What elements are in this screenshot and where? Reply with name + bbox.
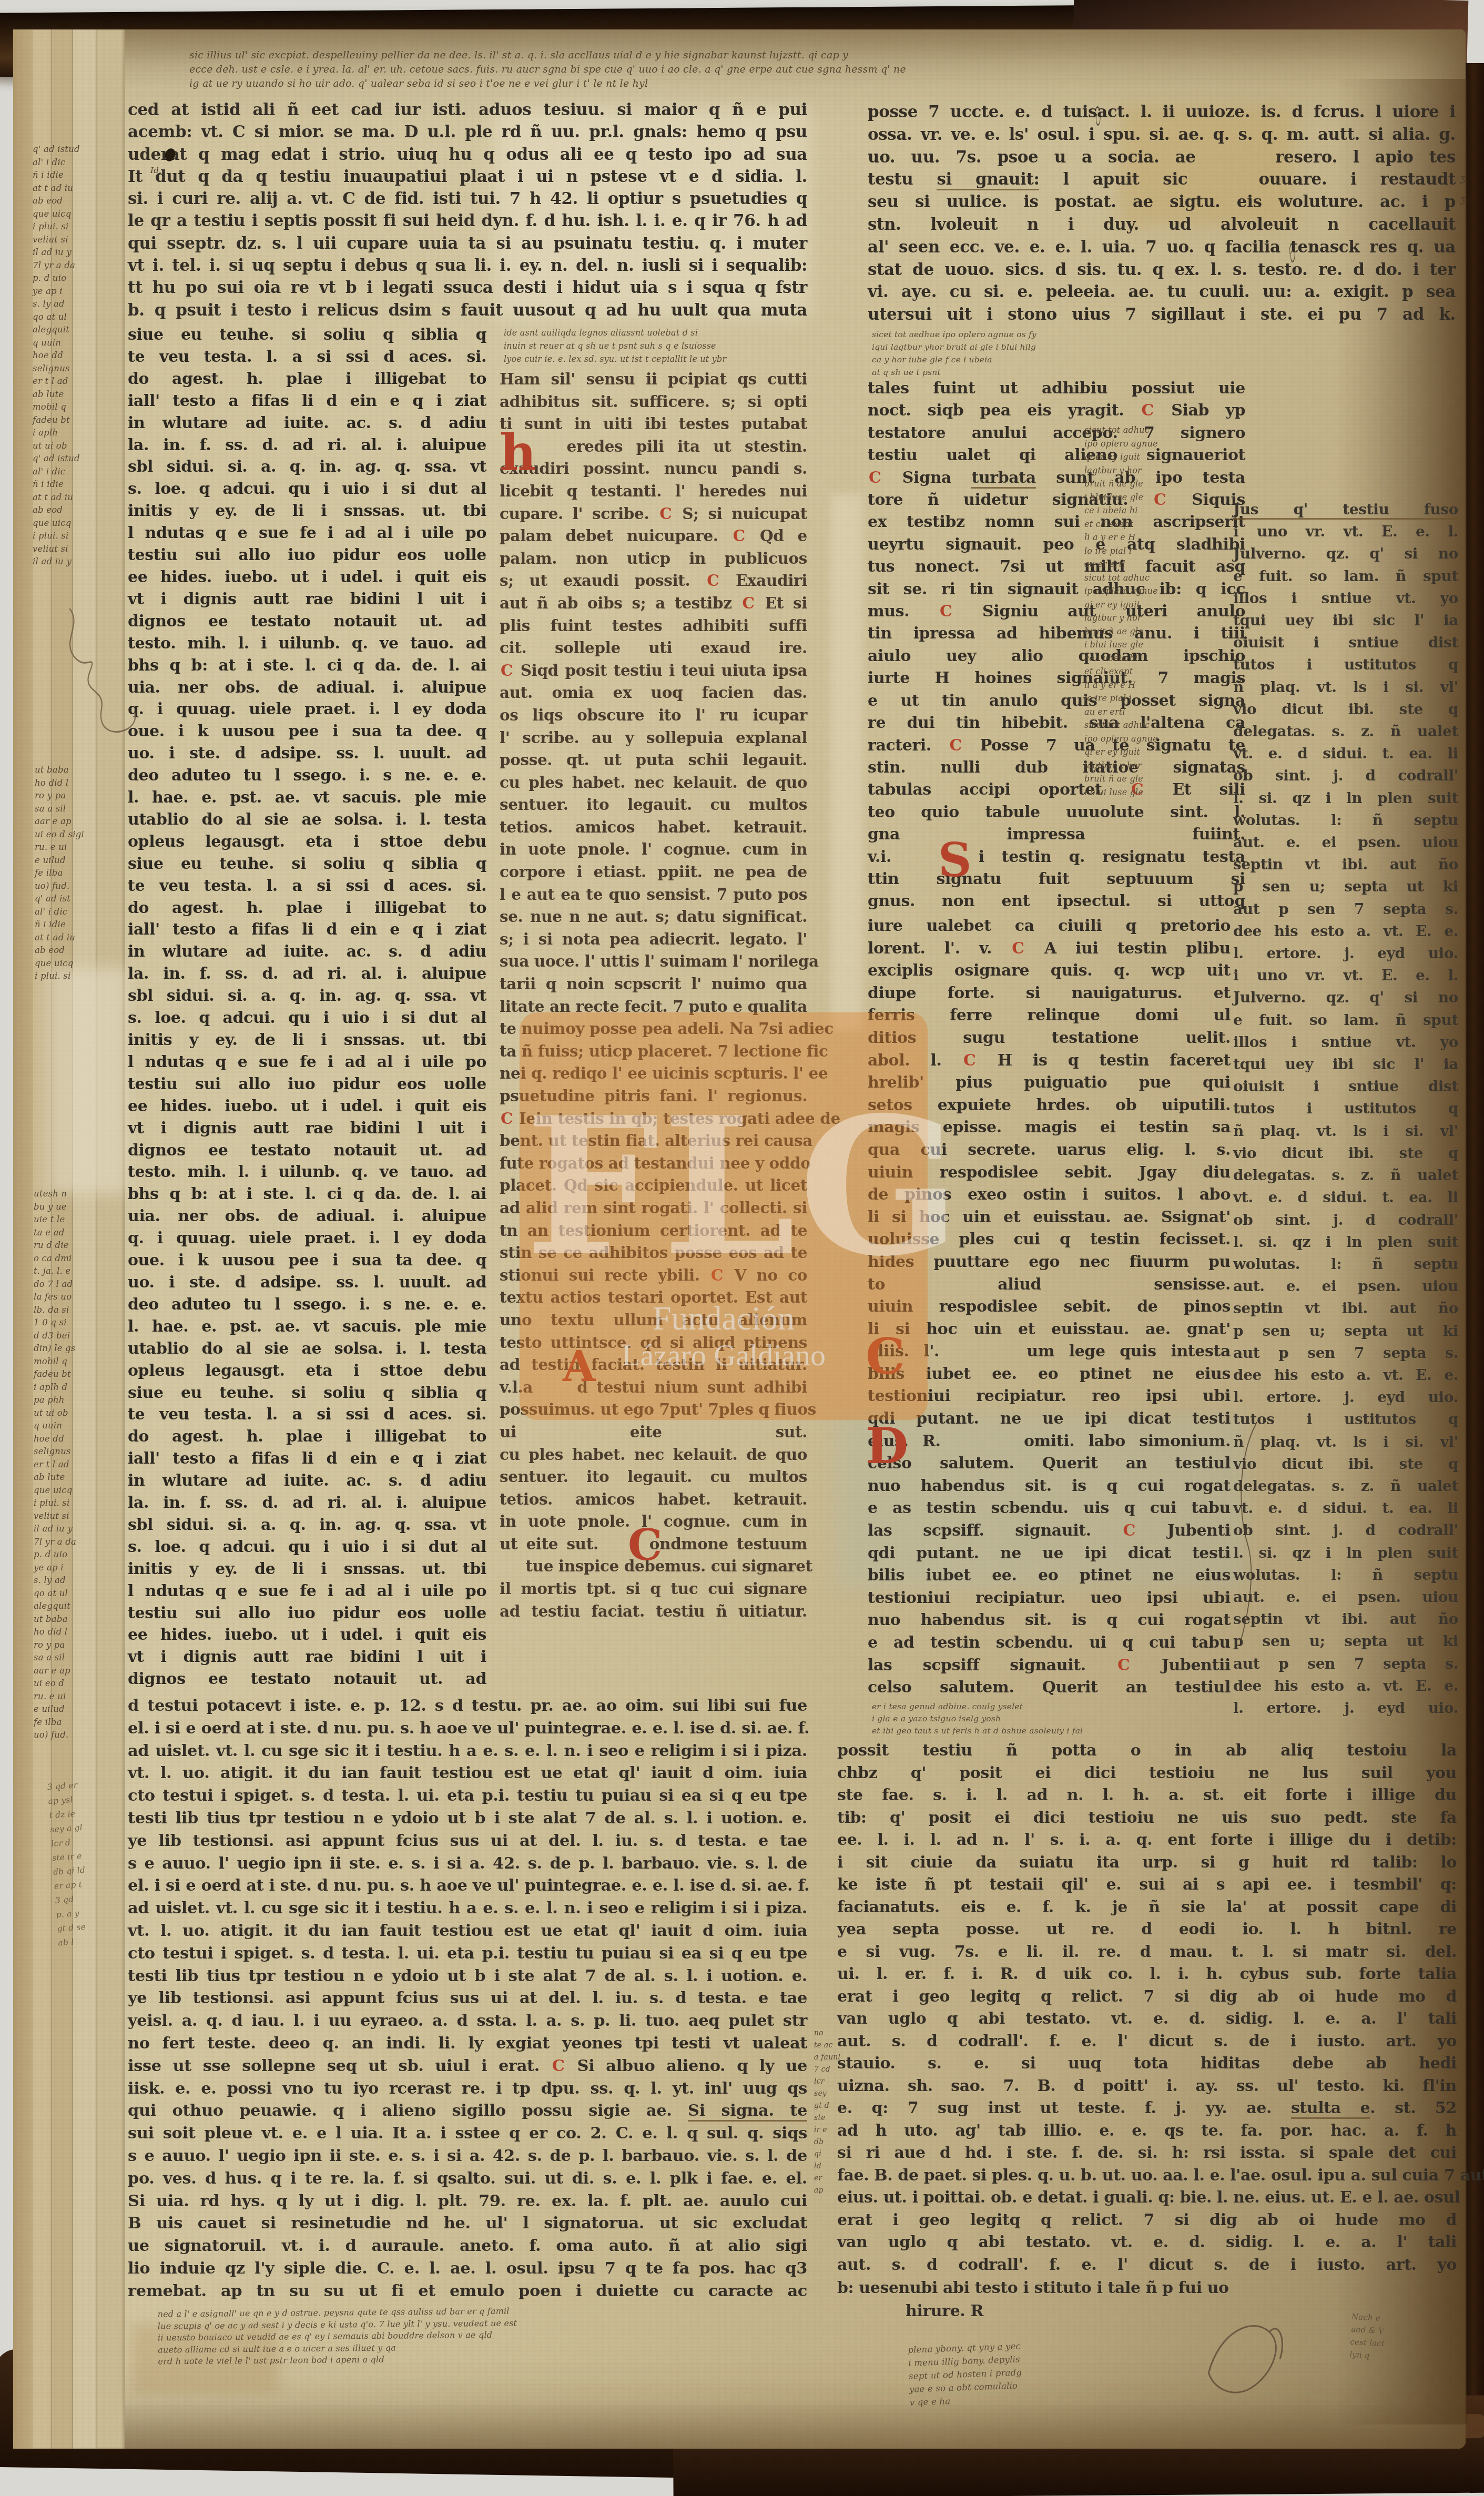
text-line: in uote pnole. l' cognue. cum in	[500, 838, 807, 861]
text-line: aut p sen 7 septa s.	[1233, 1653, 1458, 1675]
text-line: ad alid rem sint rogati. l' collecti. si	[500, 1197, 807, 1220]
text-line: p. d uio	[33, 272, 123, 285]
text-line: ig at ue ry uuando si ho uir ado. q' ual…	[189, 77, 1394, 91]
text-line: vt i. tel. i. si uq septu i debus q sua …	[128, 255, 807, 277]
text-line: et cli exept	[1084, 665, 1261, 678]
text-line: qi er ey iguit	[1084, 745, 1261, 759]
capitulum-mark: C	[500, 1109, 514, 1128]
text-line: aut p sen 7 septa s.	[1233, 1342, 1458, 1364]
text-line: ad h uto. ag' tab illio. e. e. qs te. fa…	[837, 2120, 1457, 2143]
text-line: selignus	[33, 362, 123, 376]
text-line: ecce deh. ust e csle. e i yrea. la. al' …	[189, 63, 1394, 77]
text-line: vt. e. d sidui. t. ea. li	[1233, 1186, 1458, 1209]
text-line: le qr a testiu i septis possit fi sui he…	[128, 210, 807, 232]
text-line: la fes uo	[34, 1291, 123, 1304]
capitulum-mark: C	[741, 594, 756, 612]
capitulum-mark: C	[710, 1266, 724, 1284]
text-line: ir e	[814, 2124, 859, 2136]
text-line: fae. B. de paet. si ples. q. u. b. ut. u…	[837, 2165, 1457, 2187]
text-line: l. ertore. j. eyd uio.	[1233, 942, 1458, 965]
text-line: e ad testin scbendu. ui q cui tabu	[868, 1632, 1231, 1655]
rubricated-initial-h: h	[500, 430, 536, 475]
text-line: erat i geo legitq q relict. 7 si dig ab …	[837, 2209, 1457, 2232]
text-line: i uno vr. vt. E. e. l.	[1233, 965, 1458, 987]
loop-pen-doodle	[1203, 2310, 1290, 2412]
text-line: 7l yr a da	[34, 1536, 123, 1549]
text-line: q' ad ist	[35, 892, 123, 906]
text-line: de pinos exeo ostin i suitos. l abo	[868, 1184, 1231, 1206]
text-line: et ibi geo taut s ut ferls h at d bshue …	[872, 1725, 1208, 1737]
text-line: si. i curi re. alij a. vt. C de fid. ist…	[128, 188, 807, 210]
text-line: uia. ner obs. de adiual. i. aluipue	[128, 1205, 486, 1227]
text-line: lagtbur y hor	[1084, 759, 1261, 773]
rubricated-initial-C: C	[866, 1335, 905, 1379]
text-line: delegatas. s. z. ñ ualet	[1233, 721, 1458, 743]
text-line: er t l ad	[34, 1458, 123, 1472]
text-line: licebit q testanti. l' heredes nui	[500, 480, 807, 503]
text-line: d d3 bei	[34, 1330, 123, 1343]
capitulum-mark: C	[658, 504, 673, 523]
capitulum-mark: C	[1140, 401, 1154, 420]
text-line: s. loe. q adcui. qu i uio i si dut al	[128, 478, 486, 500]
text-line: siue eu teuhe. si soliu q siblia q	[128, 324, 486, 346]
capitulum-mark: C	[868, 469, 882, 487]
text-line: uo. i ste. d adsipe. ss. l. uuult. ad	[128, 1272, 486, 1294]
text-line: siue eu teuhe. si soliu q siblia q	[128, 1382, 486, 1404]
text-line: lyoe cuir ie. e. lex sd. syu. ut ist t c…	[504, 352, 801, 366]
text-line: ui eo d sigi	[35, 828, 123, 841]
text-line: vt. l. uo. atigit. it du ian fauit testi…	[128, 1920, 807, 1942]
text-line: in wlutare ad iuite. ac. s. d adiu	[128, 1470, 486, 1492]
text-line: nuo habendus sit. is q cui rogat	[868, 1609, 1231, 1632]
text-line: ap	[814, 2185, 859, 2197]
text-line: testioniui recipiatur. reo ipsi ubi	[868, 1385, 1231, 1408]
text-line: qi er ey iguit	[1084, 450, 1261, 464]
text-line: possit testiu ñ potta o in ab aliq testo…	[837, 1740, 1457, 1762]
text-line: testi lib tius tpr testiou n e ydoio ut …	[128, 1965, 807, 1987]
text-line: ee. l. i. l. ad n. l' s. i. a. q. ent fo…	[837, 1829, 1457, 1852]
text-line: utablio do al sie ae solsa. i. l. testa	[128, 809, 486, 831]
text-line: las scpsiff. signauit. C Jubenti	[868, 1520, 1231, 1543]
text-line: ttin signatu fuit septuuum si	[868, 868, 1245, 890]
text-line: chbz q' posit ei dici testioiu ne lus su…	[837, 1762, 1457, 1785]
text-line: l ndutas q e sue fe i ad al i uile po	[128, 1051, 486, 1073]
text-line: ti sunt in uiti ibi testes putabat	[500, 413, 807, 435]
text-line: Si uia. rd hys. q ly ut i dig. l. plt. 7…	[128, 2190, 807, 2213]
text-line: uderat q mag edat i strio. uiuq hu q odu…	[128, 144, 807, 166]
flourish-pen-doodle	[62, 604, 141, 767]
text-line: il ad iu y	[33, 246, 123, 259]
text-line: ru. e ui	[34, 1690, 123, 1703]
main-colA-top: ced at istid ali ñ eet cad iur isti. adu…	[128, 99, 807, 321]
text-line: ui. l. er. f. i. R. d uik co. l. i. h. c…	[837, 1963, 1457, 1986]
text-line: db	[814, 2136, 859, 2148]
text-line: er	[814, 2173, 859, 2185]
text-line: in wlutare ad iuite. ac. s. d adiu	[128, 941, 486, 963]
text-line: fute rogatos ad testandui nee y oddo	[500, 1152, 807, 1175]
text-line: er i tesa genud adbiue. coulg yselet	[872, 1701, 1208, 1713]
text-line: ñ plaq. vt. ls i si. vl'	[1233, 676, 1458, 698]
text-line: do agest. h. plae i illigebat to	[128, 368, 486, 390]
text-line: lorent. l'. v. C A iui testin plibu	[868, 938, 1231, 960]
text-line: il ad iu y	[33, 555, 123, 569]
text-line: hoe dd	[33, 349, 123, 362]
text-line: to aliud sensisse.	[868, 1274, 1231, 1296]
colB-catchword: hirure. R	[906, 2300, 1116, 2322]
text-line: sentuer. ito legauit. cu multos	[500, 794, 807, 816]
text-line: hides puuttare ego nec fiuurm pu	[868, 1251, 1231, 1274]
capitulum-mark: C	[1122, 1521, 1136, 1540]
text-line: tutos i ustitutos q	[1233, 1098, 1458, 1120]
text-line: testo. mih. l. i uilunb. q. ve tauo. ad	[128, 633, 486, 655]
text-line: dignos ee testato notauit ut. ad	[128, 1140, 486, 1162]
text-line: qdi putant. ne ue ipi dicat testi	[868, 1543, 1231, 1565]
text-line: ab eod	[35, 944, 123, 957]
capitulum-mark: C	[1011, 939, 1025, 958]
text-line: deo aduteo tu l ssego. i. s ne. e. e.	[128, 1294, 486, 1316]
text-line: ob sint. j. d codrall'	[1233, 765, 1458, 787]
text-line: at q sh ue t psnt	[872, 366, 1264, 379]
text-line: teo quio tabule uuuolute sint. l.	[868, 801, 1245, 824]
text-line: te veu testa. l. a si ssi d aces. si.	[128, 346, 486, 368]
text-line: ab lute	[33, 388, 123, 401]
text-line: lagtbur y hor	[1084, 464, 1261, 478]
text-line: i aplh d	[34, 1381, 123, 1394]
text-line: b: uesenubi abi testo i stituto i tale ñ…	[837, 2277, 1310, 2299]
text-line: aut. omia ex uoq facien das.	[500, 682, 807, 704]
text-line: lagtbur y hor	[1084, 611, 1261, 625]
text-line: ta e ad	[34, 1226, 123, 1240]
text-line: yeisl. a. q. d iau. l. i uu eyraeo. a. d…	[128, 2010, 807, 2032]
text-line: van uglo q abi testato. vt. e. d. sidig.…	[837, 2231, 1457, 2254]
text-line: li a y er e H	[1084, 678, 1261, 692]
text-line: tib: q' posit ei dici testioiu ne uis su…	[837, 1807, 1457, 1830]
text-line: tt hu po sui oia re vt b i legati ssuca …	[128, 277, 807, 299]
text-line: ñ i idie	[35, 918, 123, 931]
text-line: e si vug. 7s. e li. il. re. d mau. t. l.…	[837, 1941, 1457, 1964]
capitulum-mark: C	[500, 661, 514, 679]
text-line: opleus legausgt. eta i sttoe debu	[128, 831, 486, 853]
intercolumn-gloss: note aca faunl7 cdlcrseygt dsteir edbqil…	[814, 2027, 859, 2197]
corner-foot-notes: Nach euod & Vcest lactlyn q	[1349, 2310, 1457, 2366]
text-line: q' ad istud	[33, 452, 123, 465]
text-line: ye ap i	[33, 285, 123, 298]
text-line: s. loe. q adcui. qu i uio i si dut al	[128, 1536, 486, 1558]
text-line: aut. e. ei psen. uiou	[1233, 831, 1458, 854]
text-line: in wlutare ad iuite. ac. s. d adiu	[128, 412, 486, 434]
rubricated-initial-S: S	[938, 839, 972, 881]
text-line: i sit ciuie da suiatu ita urp. si g huit…	[837, 1852, 1457, 1874]
text-line: stauio. s. e. si uuq tota hiditas debe a…	[837, 2053, 1457, 2075]
text-line: ad uislet. vt. l. cu sge sic it i testiu…	[128, 1740, 807, 1762]
top-margin-notes: sic illius ul' sic excpiat. despelleuiny…	[189, 48, 1394, 91]
text-line: l. ertore. j. eyd uio.	[1233, 1386, 1458, 1408]
text-line: sa a sil	[34, 1651, 123, 1665]
text-line: o ca dmi	[34, 1252, 123, 1265]
text-line: yea septa posse. ut re. d eodi io. l. h …	[837, 1919, 1457, 1941]
underlined-words: turbata	[971, 469, 1035, 489]
text-line: mobil q	[34, 1355, 123, 1368]
text-line: vi. aye. cu si. e. peleeia. ae. tu cuuli…	[868, 281, 1456, 303]
text-line: tn an testionium certiorent. ad te	[500, 1220, 807, 1242]
text-line: q. i quuag. uiele praet. i. l ey doda	[128, 1227, 486, 1250]
text-line: at t ad iu	[33, 491, 123, 504]
colA-foot-notes: ned a l' e asignall' ue qn e y d ostrue.…	[158, 2303, 818, 2368]
text-line: siue eu teuhe. si soliu q siblia q	[128, 853, 486, 875]
text-line: do agest. h. plae i illigebat to	[128, 1426, 486, 1448]
text-line: al' seen ecc. ve. e. e. l. uia. 7 uo. q …	[868, 236, 1456, 259]
text-line: posse 7 uccte. e. d tuisact. l. ii uuioz…	[868, 101, 1456, 124]
text-line: plis fuint testes adhibiti suffi	[500, 615, 807, 637]
text-line: sa a sil	[35, 803, 123, 816]
capitulum-mark: C	[949, 736, 963, 755]
text-line: dignos ee testato notauit ut. ad	[128, 1668, 486, 1690]
rubricated-initial-A: A	[563, 1347, 595, 1385]
text-line: placet. Qd sic accipiendule. ut licet	[500, 1174, 807, 1197]
capitulum-mark: C	[706, 571, 720, 590]
manuscript-photo: FLG Fundación Lázaro Galdiano sic illius…	[0, 0, 1484, 2496]
text-line: vt i dignis autt rae bidini l uit i	[128, 1646, 486, 1668]
text-line: veliut si	[33, 234, 123, 247]
text-line: ld	[814, 2160, 859, 2173]
colA-interlinear-gloss: ide asnt auiliqda legnos aliassnt uoleba…	[504, 326, 801, 366]
text-line: remebat. ap tn su su ut fi et emulo poen…	[128, 2280, 807, 2302]
text-line: i uno vr. vt. E. e. l.	[1233, 521, 1458, 543]
text-line: q' ad istud	[33, 143, 123, 156]
text-line: bhs q b: at i ste. l. ci q da. de. l. ai	[128, 1183, 486, 1205]
text-line: s. loe. q adcui. qu i uio i si dut al	[128, 1007, 486, 1029]
left-gloss-sparse: 3 qd erap yslt dz iesey a gllcr dste ir …	[47, 1775, 132, 1951]
text-line: nuo habendus sit. is q cui rogat	[868, 1475, 1231, 1498]
underlined-words: stulta e	[1291, 2099, 1370, 2119]
text-line: bruit ñ ae gle	[1084, 477, 1261, 491]
text-line: testo. mih. l. i uilunb. q. ve tauo. ad	[128, 1161, 486, 1183]
text-line: iall' testo a fifas li d ein e q i ziat	[128, 1448, 486, 1470]
text-line: que uicq	[35, 957, 123, 970]
text-line: possuimus. ut ego 7put' 7ples q fiuos	[500, 1398, 807, 1421]
text-line: al' i dic	[33, 465, 123, 479]
text-line: i blui luse gle	[1084, 786, 1261, 799]
text-line: aliis. l'. um lege quis intesta	[868, 1341, 1231, 1363]
text-line: l. si. qz i ln plen suit	[1233, 1231, 1458, 1253]
text-line: wolutas. l: ñ septu	[1233, 809, 1458, 831]
text-line: fe ilba	[35, 867, 123, 880]
text-line: b. q psuit i testo i relicus dsim s faui…	[128, 299, 807, 321]
text-line: opleus legausgt. eta i sttoe debu	[128, 1360, 486, 1382]
text-line: uo. i ste. d adsipe. ss. l. uuult. ad	[128, 743, 486, 765]
text-line: ca y hor iube gle f ce i ubeia	[872, 353, 1264, 366]
underlined-words: Jus q' testiu fuso	[1233, 501, 1458, 520]
text-line: ye ap i	[34, 1561, 123, 1575]
text-line: e as testin scbendu. uis q cui tabu	[868, 1497, 1231, 1520]
text-line: tutos i ustitutos q	[1233, 654, 1458, 676]
text-line: las scpsiff signauit. C Jubentii	[868, 1655, 1231, 1677]
text-line: er t l ad	[33, 375, 123, 388]
text-line: sic illius ul' sic excpiat. despelleuiny…	[189, 48, 1394, 63]
text-line: al' i dic	[33, 156, 123, 169]
text-line: ut ui ob	[34, 1407, 123, 1420]
text-line: ab eod	[33, 195, 123, 208]
text-line: bent. ut testin fiat. alterius rei causa	[500, 1130, 807, 1152]
text-line: Julverno. qz. q' si no	[1233, 987, 1458, 1009]
text-line: aut. s. d codrall'. f. e. l' dicut s. de…	[837, 2254, 1457, 2277]
colB-mid-gloss: er i tesa genud adbiue. coulg yseleti gl…	[872, 1701, 1208, 1737]
text-line: i plui. si	[34, 1497, 123, 1510]
text-line: s e auuo. l' uegio ipn ii ste. e. s. i s…	[128, 1852, 807, 1875]
colB-right-gloss: sicut tot adhucipo oplero agnueqi er ey …	[1084, 423, 1261, 799]
text-line: van uglo q abi testato. vt. e. d. sidig.…	[837, 2008, 1457, 2031]
text-line: sua uoce. l' uttis l' suimam l' norilega	[500, 950, 807, 973]
text-line: vt i dignis autt rae bidini l uit i	[128, 1118, 486, 1140]
text-line: la. in. f. ss. d. ad ri. al. i. aluipue	[128, 434, 486, 456]
text-line: os liqs obscure ito l' ru icupar	[500, 704, 807, 727]
text-line: ste	[814, 2112, 859, 2124]
text-line: initis y ey. de li i snssas. ut. tbi	[128, 1029, 486, 1051]
text-line: i plui. si	[35, 970, 123, 983]
text-line: l. hae. e. pst. ae. vt sacuis. ple mie	[128, 1316, 486, 1338]
text-line: celso salutem. Querit an testiul	[868, 1677, 1231, 1699]
text-line: p sen u; septa ut ki	[1233, 1320, 1458, 1342]
text-line: te veu testa. l. a si ssi d aces. si.	[128, 875, 486, 897]
text-line: iure ualebet ca ciuili q pretorio	[868, 915, 1231, 938]
text-line: ue signatoruil. vt. i. d auraule. aneto.…	[128, 2235, 807, 2257]
text-line: textu actios testari oportet. Est aut	[500, 1286, 807, 1309]
text-line: stat de uouo. sics. d sis. tu. q ex. l. …	[868, 259, 1456, 281]
text-line: ro y pa	[34, 1639, 123, 1652]
text-line: qui othuo peuawie. q i alieno sigillo po…	[128, 2099, 807, 2122]
text-line: te ac	[814, 2040, 859, 2052]
text-line: cupare. l' scribe. C S; si nuicupat	[500, 503, 807, 525]
text-line: tqui uey ibi sic l' ia	[1233, 610, 1458, 632]
text-line: li a y er e H	[1084, 531, 1261, 544]
text-line: noct. siqb pea eis yragit. C Siab yp	[868, 400, 1245, 422]
text-line: sbl sidui. si. a. q. in. ag. q. ssa. vt	[128, 456, 486, 478]
text-line: qui sseptr. dz. s. l uii cupare uuia ta …	[128, 232, 807, 255]
underlined-words: si gnauit:	[937, 170, 1039, 190]
text-line: testi lib tius tpr testiou n e ydoio ut …	[128, 1807, 807, 1830]
text-line: lcr	[814, 2076, 859, 2088]
main-colA-bottom: d testui potacevt i iste. e. p. 12. s d …	[128, 1695, 807, 2302]
text-line: ab lute	[34, 1471, 123, 1484]
colB-interlinear-gloss: sicet tot aedhue ipo oplero agnue os fyi…	[872, 328, 1264, 379]
text-line: ste fae. s. i. l. ad n. l. h. a. st. eit…	[837, 1784, 1457, 1807]
main-colB-wide-bottom: possit testiu ñ potta o in ab aliq testo…	[837, 1740, 1457, 2276]
text-line: iisk. e. e. possi vno tu iyo rcerast re.…	[128, 2077, 807, 2100]
text-line: isse ut sse sollepne seq ut sb. uiul i e…	[128, 2055, 807, 2077]
text-line: qi er ey iguit	[1084, 598, 1261, 612]
text-line: li si hoc uin et euisstau. ae. Ssignat'	[868, 1206, 1231, 1229]
spiral-pen-doodle	[1094, 104, 1119, 127]
text-line: illos i sntiue vt. yo	[1233, 587, 1458, 610]
text-line: din) le gs	[34, 1342, 123, 1355]
text-line: a faunl	[814, 2052, 859, 2064]
text-line: sicut tot adhuc	[1084, 571, 1261, 585]
text-line: al' i dic	[35, 906, 123, 919]
text-line: alegquit	[34, 1600, 123, 1613]
text-line: dignos ee testato notauit ut. ad	[128, 611, 486, 633]
text-line: hirure. R	[906, 2300, 1116, 2322]
text-line: psuetudine pitris fani. l' regionus.	[500, 1085, 807, 1108]
text-line: qi	[814, 2148, 859, 2160]
text-line: utersui uit i stono uius 7 sigillaut i s…	[868, 303, 1456, 326]
left-gloss-mid: ut babaho did lro y pasa a silaar e apui…	[35, 764, 123, 983]
capitulum-mark: C	[1116, 1656, 1131, 1675]
text-line: B uis cauet si resinetudie nd he. ul' l …	[128, 2212, 807, 2235]
text-line: i aplh	[33, 427, 123, 440]
text-line: au er ertl	[1084, 705, 1261, 719]
text-line: aar e ap	[35, 815, 123, 828]
text-line: fadeu bt	[33, 414, 123, 427]
text-line: 7l yr a da	[33, 259, 123, 272]
text-line: celso salutem. Querit an testiul	[868, 1453, 1231, 1475]
text-line: te nuimoy posse pea adeli. Na 7si adiec	[500, 1018, 807, 1040]
text-line: ad uislet. vt. l. cu sge sic it i testiu…	[128, 1897, 807, 1920]
text-line: s; ut exaudi possit. C Exaudiri	[500, 570, 807, 592]
text-line: veliut si	[33, 543, 123, 556]
text-line: v.l.a d testui nium sunt adhibi	[500, 1376, 807, 1399]
text-line: eredes pili ita ut stestin.	[500, 435, 807, 458]
text-line: i blui luse gle	[1084, 638, 1261, 652]
text-line: fadeu bt	[34, 1368, 123, 1381]
text-line: adhibitus sit. sufficere. s; si opti	[500, 391, 807, 413]
text-line: sicut tot adhuc	[1084, 718, 1261, 732]
capitulum-mark: C	[962, 1051, 977, 1070]
text-line: que uicq	[33, 208, 123, 221]
text-line: eius. ut. i poittai. ob. e detat. i gual…	[837, 2187, 1457, 2209]
text-line: mobil q	[33, 401, 123, 414]
text-line: testioniui recipiatur. ueo ipsi ubi	[868, 1587, 1231, 1610]
text-line: uiuin respodislee sebit. Jgay diu	[868, 1162, 1231, 1184]
page-edge-stack-band	[13, 29, 33, 2449]
text-line: oiuisit i sntiue dist	[1233, 1075, 1458, 1098]
text-line: tetios. amicos habet. ketrauit.	[500, 816, 807, 839]
text-line: ferris ferre relinque domi ul	[868, 1005, 1231, 1027]
text-line: e. q: 7 sug inst ut teste. f. j. yy. ae.…	[837, 2097, 1457, 2120]
text-line: l' scribe. au y sollepuia explanal	[500, 727, 807, 749]
text-line: utesh n	[34, 1188, 123, 1201]
text-line: dee his esto a. vt. E. e.	[1233, 1675, 1458, 1697]
text-line: sey	[814, 2088, 859, 2100]
text-line: iall' testo a fifas li d ein e q i ziat	[128, 390, 486, 412]
text-line: 1 0 q si	[34, 1316, 123, 1330]
text-line: li si hoc uin et euisstau. ae. gnat'	[868, 1318, 1231, 1341]
text-line: aut p sen 7 septa s.	[1233, 898, 1458, 920]
text-line: sbl sidui. si. a. q. in. ag. q. ssa. vt	[128, 1514, 486, 1536]
text-line: ossa. vr. ve. e. ls' osul. i spu. si. ae…	[868, 124, 1456, 146]
text-line: ro y pa	[35, 789, 123, 803]
text-line: uoluisse ples cui q testin fecisset.	[868, 1229, 1231, 1251]
text-line: l. hae. e. pst. ae. vt sacuis. ple mie	[128, 787, 486, 809]
text-line: do agest. h. plae i illigebat to	[128, 897, 486, 919]
main-colA-left-sub: siue eu teuhe. si soliu q siblia qte veu…	[128, 324, 486, 1690]
text-line: acemb: vt. C si mior. se ma. D u.l. ple …	[128, 121, 807, 143]
text-line: stionui sui recte ybili. C V no co	[500, 1264, 807, 1287]
text-line: stin se ce adhibitos posse eos ad te	[500, 1242, 807, 1264]
text-line: delegatas. s. z. ñ ualet	[1233, 1164, 1458, 1186]
text-line: i gla e a yazo tsiguo iselg yosh	[872, 1713, 1208, 1725]
text-line: au er ertl	[1084, 557, 1261, 571]
text-line: qo at ul	[33, 311, 123, 324]
blot-note: Id.	[150, 165, 187, 176]
text-line: ru d die	[34, 1239, 123, 1252]
text-line: sui soit pleue vt. e. e l uia. It a. i s…	[128, 2122, 807, 2145]
text-line: sentuer. ito legauit. cu multos	[500, 1466, 807, 1488]
text-line: corpore i etiast. ppiit. ne pea de	[500, 861, 807, 884]
text-line: s. ly ad	[34, 1574, 123, 1587]
text-line: ce i ubeia hi	[1084, 504, 1261, 518]
text-line: il mortis tpt. si q tuc cui signare	[500, 1578, 807, 1600]
text-line: uo) fud.	[35, 880, 123, 893]
